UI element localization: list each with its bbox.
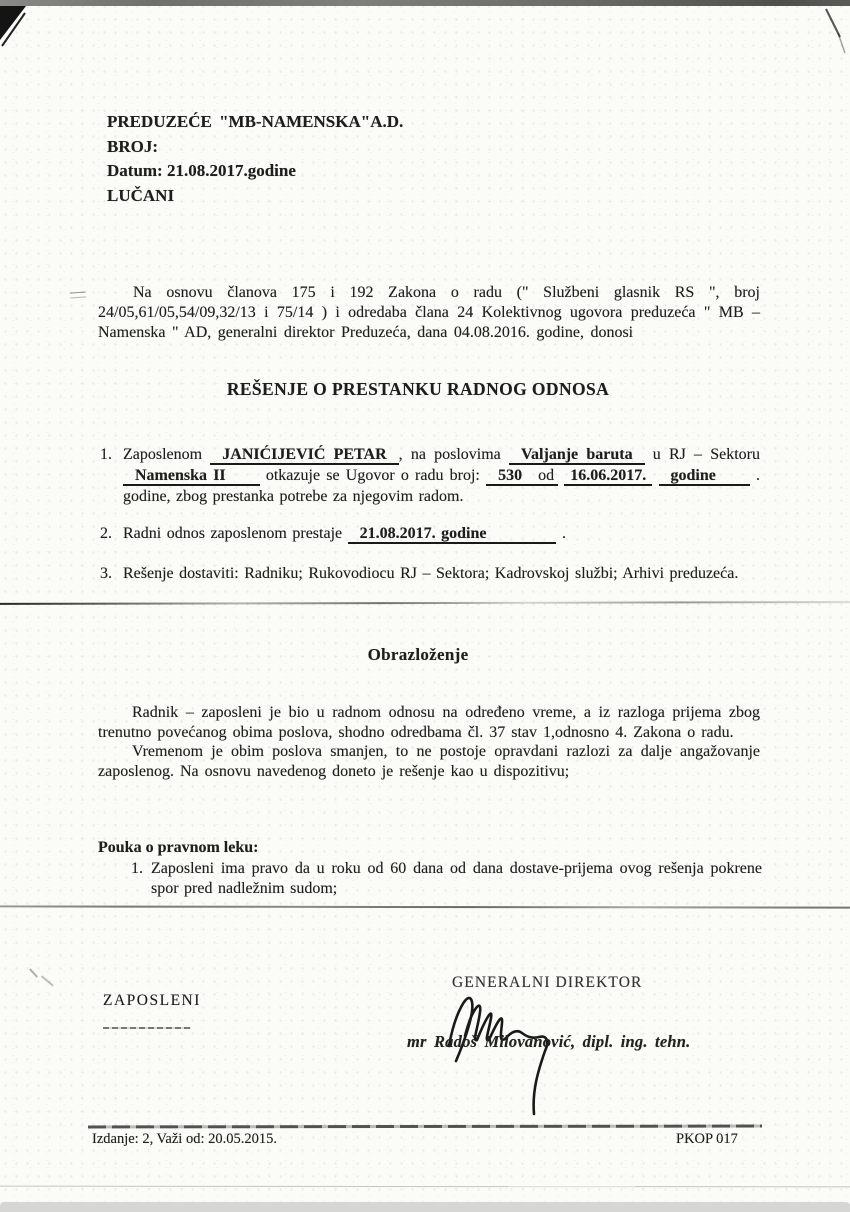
company-city: LUČANI [107, 184, 403, 209]
employee-name-field: JANIĆIJEVIĆ PETAR [210, 446, 398, 465]
legal-remedy-section: Pouka o pravnom leku: 1. Zaposleni ima p… [98, 838, 762, 899]
paper-fold-crease-upper [0, 601, 850, 605]
paper-fold-crease-lower [0, 905, 850, 908]
explanation-body: Radnik – zaposleni je bio u radnom odnos… [98, 703, 760, 781]
contract-date-year-field: godine [659, 467, 750, 486]
explanation-paragraph-2: Vremenom je obim poslova smanjen, to ne … [98, 742, 760, 781]
company-name: PREDUZEĆE "MB-NAMENSKA"A.D. [107, 110, 403, 135]
scan-edge-top-bar [0, 0, 850, 6]
explanation-paragraph-1: Radnik – zaposleni je bio u radnom odnos… [98, 703, 760, 742]
scan-pencil-mark [41, 975, 53, 986]
footer-form-code: PKOP 017 [676, 1131, 738, 1148]
scan-artifact-top-right-corner [818, 7, 850, 57]
explanation-title: Obrazloženje [98, 645, 738, 665]
legal-remedy-item: 1. Zaposleni ima pravo da u roku od 60 d… [131, 859, 762, 899]
item-text: Rešenje dostaviti: Radniku; Rukovodiocu … [123, 563, 760, 584]
document-date: Datum: 21.08.2017.godine [107, 159, 403, 184]
contract-date-field: 16.06.2017. [564, 467, 652, 486]
scanned-document-page: PREDUZEĆE "MB-NAMENSKA"A.D. BROJ: Datum:… [0, 0, 850, 1212]
sector-field: Namenska II [123, 467, 260, 486]
scan-edge-bottom-bar [0, 1202, 850, 1212]
item-number: 1. [131, 859, 151, 879]
item-text: Zaposleni ima pravo da u roku od 60 dana… [151, 859, 762, 899]
item1-mid2: u RJ – Sektoru [653, 446, 760, 463]
footer-edition-info: Izdanje: 2, Važi od: 20.05.2015. [92, 1131, 277, 1148]
termination-date-field: 21.08.2017. godine [348, 525, 557, 544]
item-number: 3. [100, 563, 123, 584]
letterhead: PREDUZEĆE "MB-NAMENSKA"A.D. BROJ: Datum:… [107, 110, 403, 208]
list-item-1: 1. Zaposlenom JANIĆIJEVIĆ PETAR, na posl… [100, 444, 760, 507]
legal-remedy-heading: Pouka o pravnom leku: [98, 838, 762, 858]
scan-edge-bottom-faint-line [0, 1186, 850, 1188]
item1-pre: Zaposlenom [123, 446, 202, 463]
item-text: Radni odnos zaposlenom prestaje 21.08.20… [123, 523, 760, 544]
item1-mid1: , na poslovima [399, 446, 501, 463]
director-name: mr Radoš Milovanović, dipl. ing. tehn. [407, 1032, 690, 1052]
item-number: 2. [100, 523, 123, 544]
item1-mid4: od [534, 467, 558, 486]
list-item-3: 3. Rešenje dostaviti: Radniku; Rukovodio… [100, 563, 760, 584]
legal-basis-paragraph: Na osnovu članova 175 i 192 Zakona o rad… [98, 283, 760, 343]
scan-artifact-top-left-corner [0, 6, 60, 66]
dispositive-list: 1. Zaposlenom JANIĆIJEVIĆ PETAR, na posl… [100, 444, 760, 584]
document-title: REŠENJE O PRESTANKU RADNOG ODNOSA [98, 379, 738, 400]
contract-number-field: 530 [486, 467, 534, 486]
job-title-field: Valjanje baruta [509, 446, 645, 465]
scan-pencil-mark [29, 968, 38, 978]
footer-separator-line [88, 1125, 762, 1128]
scan-margin-mark [70, 291, 86, 298]
item-number: 1. [100, 444, 123, 465]
item2-pre: Radni odnos zaposlenom prestaje [123, 525, 342, 542]
item-text: Zaposlenom JANIĆIJEVIĆ PETAR, na poslovi… [123, 444, 760, 507]
employee-signature-label: ZAPOSLENI [103, 992, 201, 1010]
list-item-2: 2. Radni odnos zaposlenom prestaje 21.08… [100, 523, 760, 544]
document-number-label: BROJ: [107, 135, 403, 160]
item2-tail: . [562, 525, 566, 542]
item1-mid3: otkazuje se Ugovor o radu broj: [266, 467, 480, 484]
employee-signature-line [103, 1027, 191, 1029]
